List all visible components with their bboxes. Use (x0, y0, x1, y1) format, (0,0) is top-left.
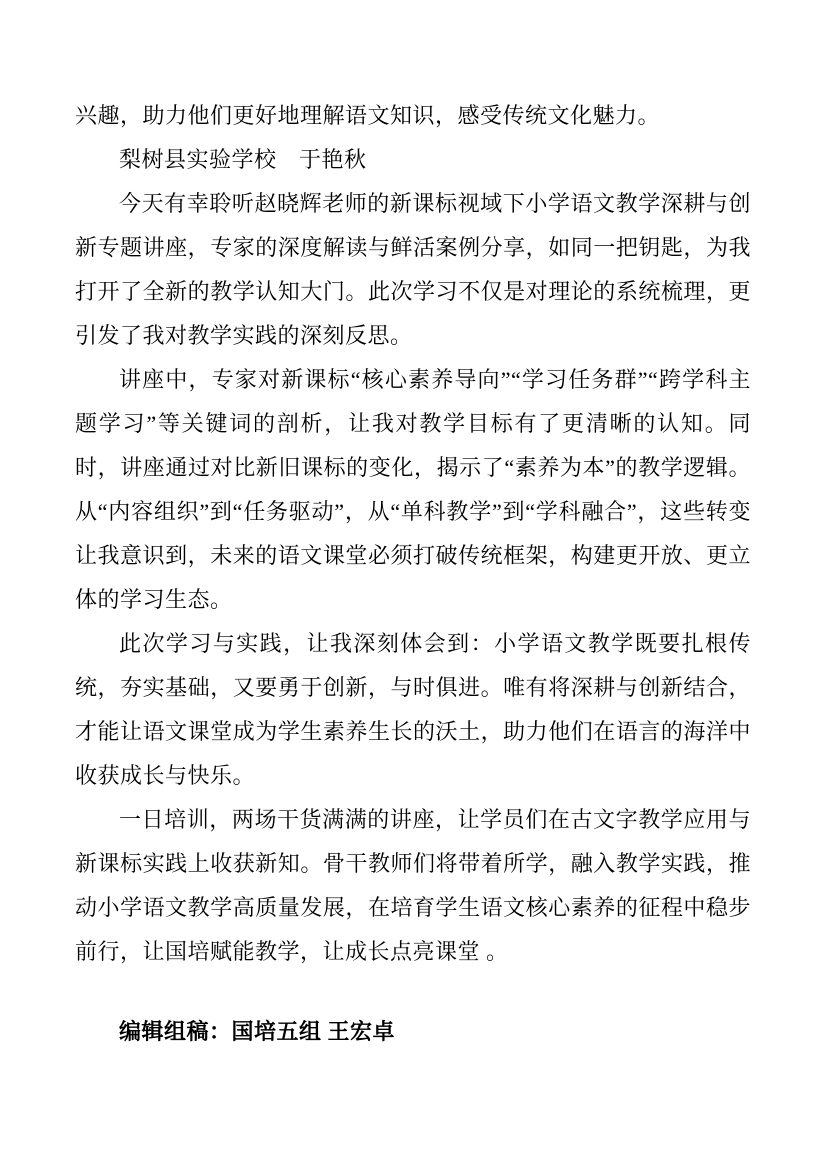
document-page: 兴趣，助力他们更好地理解语文知识，感受传统文化魅力。 梨树县实验学校 于艳秋 今… (0, 0, 827, 1170)
body-paragraph-2: 讲座中，专家对新课标“核心素养导向”“学习任务群”“跨学科主题学习”等关键词的剖… (75, 358, 751, 622)
body-paragraph-4: 一日培训，两场干货满满的讲座，让学员们在古文字教学应用与新课标实践上收获新知。骨… (75, 798, 751, 974)
body-paragraph-3: 此次学习与实践，让我深刻体会到：小学语文教学既要扎根传统，夯实基础，又要勇于创新… (75, 622, 751, 798)
body-paragraph-1: 今天有幸聆听赵晓辉老师的新课标视域下小学语文教学深耕与创新专题讲座，专家的深度解… (75, 182, 751, 358)
editor-credit-line: 编辑组稿：国培五组 王宏卓 (75, 1010, 751, 1054)
paragraph-continuation: 兴趣，助力他们更好地理解语文知识，感受传统文化魅力。 (75, 94, 751, 138)
byline-school-author: 梨树县实验学校 于艳秋 (75, 138, 751, 182)
